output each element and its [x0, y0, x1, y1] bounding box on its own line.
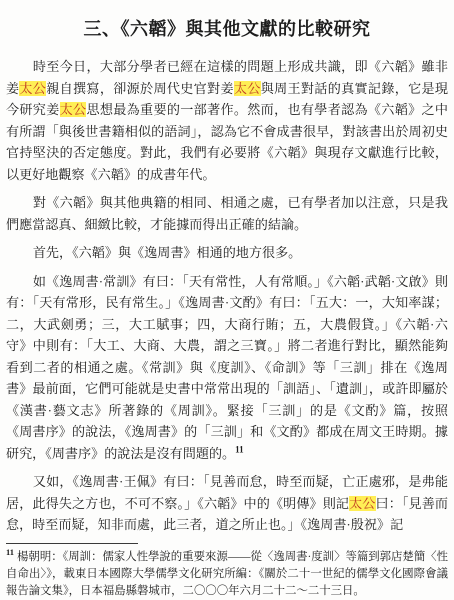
text-segment: 首先，《六韜》與《逸周書》相通的地方很多。: [33, 245, 301, 260]
text-segment: 如《逸周書·常訓》有曰：「天有常性，人有常順。」《六韜·武韜·文啟》則有：「天有…: [6, 274, 448, 461]
footnote: 11楊朝明：《周訓：儒家人性學說的重要來源——從〈逸周書·度訓〉等篇到郭店楚簡〈…: [6, 549, 448, 600]
highlight-taigong: 太公: [234, 81, 261, 96]
paragraph-5: 又如，《逸周書·王佩》有曰：「見善而怠，時至而疑，亡正處邪，是弗能居，此得失之方…: [6, 471, 448, 536]
text-segment: 對《六韜》與其他典籍的相同、相通之處，已有學者加以注意，只是我們應當認真、細緻比…: [6, 195, 448, 232]
paragraph-2: 對《六韜》與其他典籍的相同、相通之處，已有學者加以注意，只是我們應當認真、細緻比…: [6, 192, 448, 235]
footnote-marker: 11: [6, 547, 14, 557]
paragraph-4: 如《逸周書·常訓》有曰：「天有常性，人有常順。」《六韜·武韜·文啟》則有：「天有…: [6, 271, 448, 465]
paragraph-1: 時至今日，大部分學者已經在這樣的問題上形成共識，即《六韜》雖非姜太公親自撰寫，卻…: [6, 56, 448, 185]
footnote-text: 楊朝明：《周訓：儒家人性學說的重要來源——從〈逸周書·度訓〉等篇到郭店楚簡〈性自…: [6, 551, 448, 597]
section-title: 三、《六韜》與其他文獻的比較研究: [6, 15, 448, 41]
highlight-taigong: 太公: [349, 496, 375, 511]
highlight-taigong: 太公: [19, 81, 46, 96]
paragraph-3: 首先，《六韜》與《逸周書》相通的地方很多。: [6, 242, 448, 264]
document-page: 三、《六韜》與其他文獻的比較研究 時至今日，大部分學者已經在這樣的問題上形成共識…: [0, 0, 454, 600]
text-segment: 親自撰寫，卻源於周代史官對姜: [46, 81, 234, 96]
highlight-taigong: 太公: [60, 102, 87, 117]
footnote-ref-superscript: 11: [235, 444, 244, 454]
footnote-separator: [6, 543, 138, 544]
